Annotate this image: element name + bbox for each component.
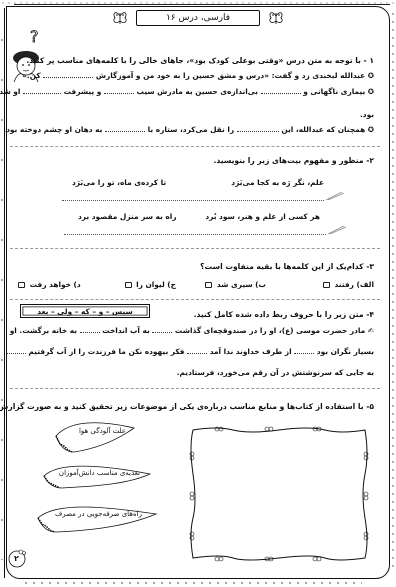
right-dotted-border: [390, 10, 396, 570]
item-text: و پیشرفت: [64, 87, 102, 96]
verse-1-answer-line[interactable]: [62, 200, 324, 201]
section-divider: [10, 388, 380, 389]
item-text: بیماری ناگهانی و: [303, 87, 365, 96]
pencil-bullet-icon: ✍: [365, 326, 374, 335]
topic-label: راه‌های صرفه‌جویی در مصرف: [55, 510, 142, 518]
page-number-badge: ۲: [7, 548, 27, 568]
option-label: د) خواهد رفت: [30, 280, 81, 289]
butterfly-icon: [268, 10, 284, 26]
svg-text:?: ?: [30, 27, 39, 46]
blank-input[interactable]: [80, 327, 100, 333]
option-be[interactable]: ب) سیری شد: [205, 281, 266, 288]
blank-input[interactable]: [187, 348, 207, 354]
bullet-flower-icon: ✪: [365, 125, 374, 134]
blank-input[interactable]: [104, 88, 134, 94]
verse-2-second-half: راه به سر منزل مقصود برد: [78, 213, 177, 220]
question-2-prompt: ۲- منظور و مفهوم بیت‌های زیر را بنویسید.: [213, 157, 374, 165]
wavy-banner-shape: [32, 502, 162, 534]
line-text: به خانه برگشت. او: [10, 326, 77, 335]
conjunctions-word-bank: سپس – و – که – ولی – بعد: [20, 304, 150, 318]
pencil-icon: [326, 192, 344, 200]
line-text: مادر حضرت موسی (ع)، او را در صندوقچه‌ای …: [175, 326, 365, 335]
section-divider: [10, 248, 380, 249]
question-4-prompt: ۴- متن زیر را با حروف ربط داده شده کامل …: [194, 311, 374, 319]
question-3-prompt: ۳- کدام‌یک از این کلمه‌ها با بقیه متفاوت…: [200, 263, 374, 271]
line-text: از طرف خداوند ندا آمد: [210, 347, 292, 356]
line-text: بسیار نگران بود: [317, 347, 374, 356]
item-text: کن.»: [22, 71, 41, 80]
topic-label: علت آلودگی هوا: [79, 427, 126, 435]
bullet-flower-icon: ✪: [365, 71, 374, 80]
question-4-line-3: به جایی که سرنوشتش در آن رقم می‌خورد، فر…: [177, 369, 374, 376]
option-dal[interactable]: د) خواهد رفت: [18, 281, 81, 288]
section-divider: [10, 299, 380, 300]
butterfly-icon: [112, 10, 128, 26]
blank-input[interactable]: [294, 348, 314, 354]
verse-2-first-half: هر کسی از علم و هنر، سود بُرد: [205, 213, 320, 220]
topic-banner-student-nutrition: تغذیه‌ی مناسب دانش‌آموزان: [38, 462, 156, 490]
item-text: به دهان او چشم دوخته بود.: [3, 125, 102, 134]
left-border-ticks: [0, 20, 4, 560]
checkbox[interactable]: [18, 282, 25, 288]
item-text: او شده: [0, 87, 20, 96]
title-area: فارسی، درس ۱۶: [108, 8, 288, 28]
blank-input[interactable]: [105, 126, 145, 132]
blank-input[interactable]: [6, 348, 26, 354]
checkbox[interactable]: [323, 282, 330, 288]
question-1-item-3: ✪ همچنان که عبدالله، این را نقل می‌کرد، …: [3, 126, 374, 133]
topic-banner-saving-consumption: راه‌های صرفه‌جویی در مصرف: [32, 502, 162, 534]
question-4-line-1: ✍ مادر حضرت موسی (ع)، او را در صندوقچه‌ا…: [10, 327, 374, 334]
wavy-banner-shape: [50, 418, 140, 456]
option-alef[interactable]: الف) رفتند: [323, 281, 374, 288]
verse-1-first-half: علم، نگر رَه به کجا می‌بَرَد: [231, 179, 324, 186]
question-1-item-2: ✪ بیماری ناگهانی و بی‌اندازه‌ی حسین به م…: [0, 88, 374, 95]
bottom-dotted-border: [22, 579, 362, 587]
pencil-icon: [328, 226, 346, 234]
checkbox[interactable]: [205, 282, 212, 288]
option-label: الف) رفتند: [335, 280, 374, 289]
line-text: فکر بیهوده نکن ما فرزندت را از آب گرفتیم: [28, 347, 184, 356]
question-1-item-2-cont: بود.: [360, 111, 374, 118]
blank-input[interactable]: [23, 88, 61, 94]
item-text: را نقل می‌کرد، ستاره با: [148, 125, 235, 134]
question-5-prompt: ۵- با استفاده از کتاب‌ها و منابع مناسب د…: [0, 403, 374, 411]
blank-input[interactable]: [152, 327, 172, 333]
topic-label: تغذیه‌ی مناسب دانش‌آموزان: [59, 469, 140, 477]
blank-input[interactable]: [237, 126, 279, 132]
blank-input[interactable]: [261, 88, 301, 94]
question-4-line-2: بسیار نگران بود از طرف خداوند ندا آمد فک…: [6, 348, 374, 355]
option-label: ج) لیوان را: [136, 280, 176, 289]
option-label: ب) سیری شد: [217, 280, 266, 289]
report-writing-area[interactable]: [187, 424, 371, 564]
top-border-line: [14, 4, 390, 5]
verse-2-answer-line[interactable]: [64, 234, 326, 235]
section-divider: [10, 146, 380, 147]
item-text: عبدالله لبخندی زد و گفت: «درس و مشق حسین…: [96, 71, 365, 80]
item-text: همچنان که عبدالله، این: [281, 125, 365, 134]
option-jim[interactable]: ج) لیوان را: [125, 281, 176, 288]
page-number: ۲: [14, 554, 19, 563]
page-title: فارسی، درس ۱۶: [136, 10, 260, 26]
checkbox[interactable]: [125, 282, 132, 288]
question-1-item-1: ✪ عبدالله لبخندی زد و گفت: «درس و مشق حس…: [22, 72, 374, 79]
topic-banner-air-pollution: علت آلودگی هوا: [50, 418, 140, 456]
item-text: بی‌اندازه‌ی حسین به مادرش سیب: [137, 87, 259, 96]
question-1-prompt: ۱ - با توجه به متن درس «وقتی بوعلی کودک …: [26, 57, 374, 65]
blank-input[interactable]: [43, 72, 93, 78]
bullet-flower-icon: ✪: [365, 87, 374, 96]
line-text: به آب انداخت: [102, 326, 150, 335]
verse-1-second-half: تا کرده‌ی ماه، تو را می‌بَرَد: [72, 179, 166, 186]
